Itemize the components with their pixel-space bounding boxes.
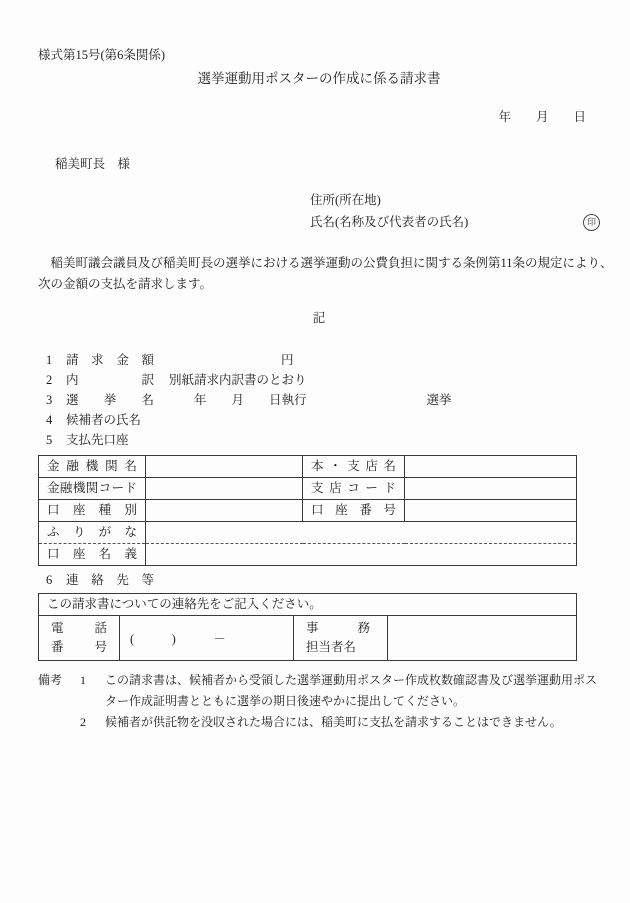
table-row: この請求書についての連絡先をご記入ください。	[39, 594, 577, 616]
furigana-label: ふりがな	[39, 522, 146, 544]
date-line: 年 月 日	[38, 109, 586, 126]
table-row: ふりがな	[39, 522, 577, 544]
account-holder-field	[146, 544, 577, 566]
item-amount: 1請求金額円	[38, 350, 600, 370]
remark-number: 2	[80, 712, 105, 733]
institution-name-label: 金融機関名	[39, 456, 146, 478]
institution-name-field	[146, 456, 303, 478]
institution-code-field	[146, 478, 303, 500]
remark-text: この請求書は、候補者から受領した選挙運動用ポスター作成枚数確認書及び選挙運動用ポ…	[105, 670, 601, 712]
item-election-name: 3選挙名年 月 日執行選挙	[38, 390, 600, 410]
remark-number: 1	[80, 670, 105, 712]
address-label: 住所(所在地)	[310, 189, 600, 211]
name-label: 氏名(名称及び代表者の氏名)	[310, 211, 468, 233]
breakdown-value: 別紙請求内訳書のとおり	[169, 373, 307, 387]
addressee: 稲美町長 様	[55, 156, 600, 173]
phone-number-field: ( ) －	[120, 616, 294, 661]
contact-instruction: この請求書についての連絡先をご記入ください。	[39, 594, 577, 616]
body-paragraph-line2: 次の金額の支払を請求します。	[38, 274, 600, 295]
ki-heading: 記	[38, 310, 600, 327]
document-page: 様式第15号(第6条関係) 選挙運動用ポスターの作成に係る請求書 年 月 日 稲…	[0, 0, 630, 903]
item-number: 5	[38, 430, 66, 450]
name-line: 氏名(名称及び代表者の氏名) 印	[310, 211, 600, 233]
remark-text: 候補者が供託物を没収された場合には、稲美町に支払を請求することはできません。	[105, 712, 601, 733]
account-number-label: 口座番号	[303, 500, 405, 522]
table-row: 金融機関コード 支店コード	[39, 478, 577, 500]
staff-name-field	[388, 616, 577, 661]
item-number: 3	[38, 390, 66, 410]
branch-code-label: 支店コード	[303, 478, 405, 500]
remarks-heading: 備考	[38, 670, 80, 712]
remark-item-2: 2 候補者が供託物を没収された場合には、稲美町に支払を請求することはできません。	[38, 712, 600, 733]
table-row: 口座名義	[39, 544, 577, 566]
remark-item-1: 備考 1 この請求書は、候補者から受領した選挙運動用ポスター作成枚数確認書及び選…	[38, 670, 600, 712]
contact-table: この請求書についての連絡先をご記入ください。 電話 番号 ( ) － 事務 担当…	[38, 593, 577, 661]
account-holder-label: 口座名義	[39, 544, 146, 566]
election-date-text: 年 月 日執行	[194, 393, 307, 407]
remarks: 備考 1 この請求書は、候補者から受領した選挙運動用ポスター作成枚数確認書及び選…	[38, 670, 600, 733]
item-label: 連絡先等	[66, 571, 154, 589]
item-label: 支払先口座	[66, 430, 129, 450]
institution-code-label: 金融機関コード	[39, 478, 146, 500]
body-paragraph: 稲美町議会議員及び稲美町長の選挙における選挙運動の公費負担に関する条例第11条の…	[38, 253, 600, 295]
table-row: 金融機関名 本・支店名	[39, 456, 577, 478]
furigana-field	[146, 522, 577, 544]
amount-unit: 円	[281, 353, 294, 367]
phone-number-label: 電話 番号	[39, 616, 120, 661]
branch-name-field	[405, 456, 577, 478]
page-title: 選挙運動用ポスターの作成に係る請求書	[38, 70, 600, 88]
branch-name-label: 本・支店名	[303, 456, 405, 478]
applicant-block: 住所(所在地) 氏名(名称及び代表者の氏名) 印	[310, 189, 600, 233]
item-candidate-name: 4候補者の氏名	[38, 410, 600, 430]
item-number: 6	[38, 571, 66, 589]
form-number: 様式第15号(第6条関係)	[38, 47, 600, 64]
item-label: 請求金額	[66, 350, 154, 370]
item-payment-account: 5支払先口座	[38, 430, 600, 450]
item-contact: 6連絡先等	[38, 571, 600, 589]
branch-code-field	[405, 478, 577, 500]
body-paragraph-line1: 稲美町議会議員及び稲美町長の選挙における選挙運動の公費負担に関する条例第11条の…	[38, 253, 600, 274]
election-suffix: 選挙	[427, 393, 452, 407]
item-label: 選挙名	[66, 390, 154, 410]
account-type-label: 口座種別	[39, 500, 146, 522]
request-items: 1請求金額円 2内訳別紙請求内訳書のとおり 3選挙名年 月 日執行選挙 4候補者…	[38, 350, 600, 450]
bank-account-table: 金融機関名 本・支店名 金融機関コード 支店コード 口座種別 口座番号 ふりがな…	[38, 455, 577, 566]
item-number: 4	[38, 410, 66, 430]
item-number: 1	[38, 350, 66, 370]
item-label: 候補者の氏名	[66, 410, 141, 430]
item-label: 内訳	[66, 370, 154, 390]
item-number: 2	[38, 370, 66, 390]
table-row: 電話 番号 ( ) － 事務 担当者名	[39, 616, 577, 661]
staff-name-label: 事務 担当者名	[294, 616, 388, 661]
seal-mark-icon: 印	[583, 214, 600, 231]
item-breakdown: 2内訳別紙請求内訳書のとおり	[38, 370, 600, 390]
table-row: 口座種別 口座番号	[39, 500, 577, 522]
account-number-field	[405, 500, 577, 522]
account-type-field	[146, 500, 303, 522]
